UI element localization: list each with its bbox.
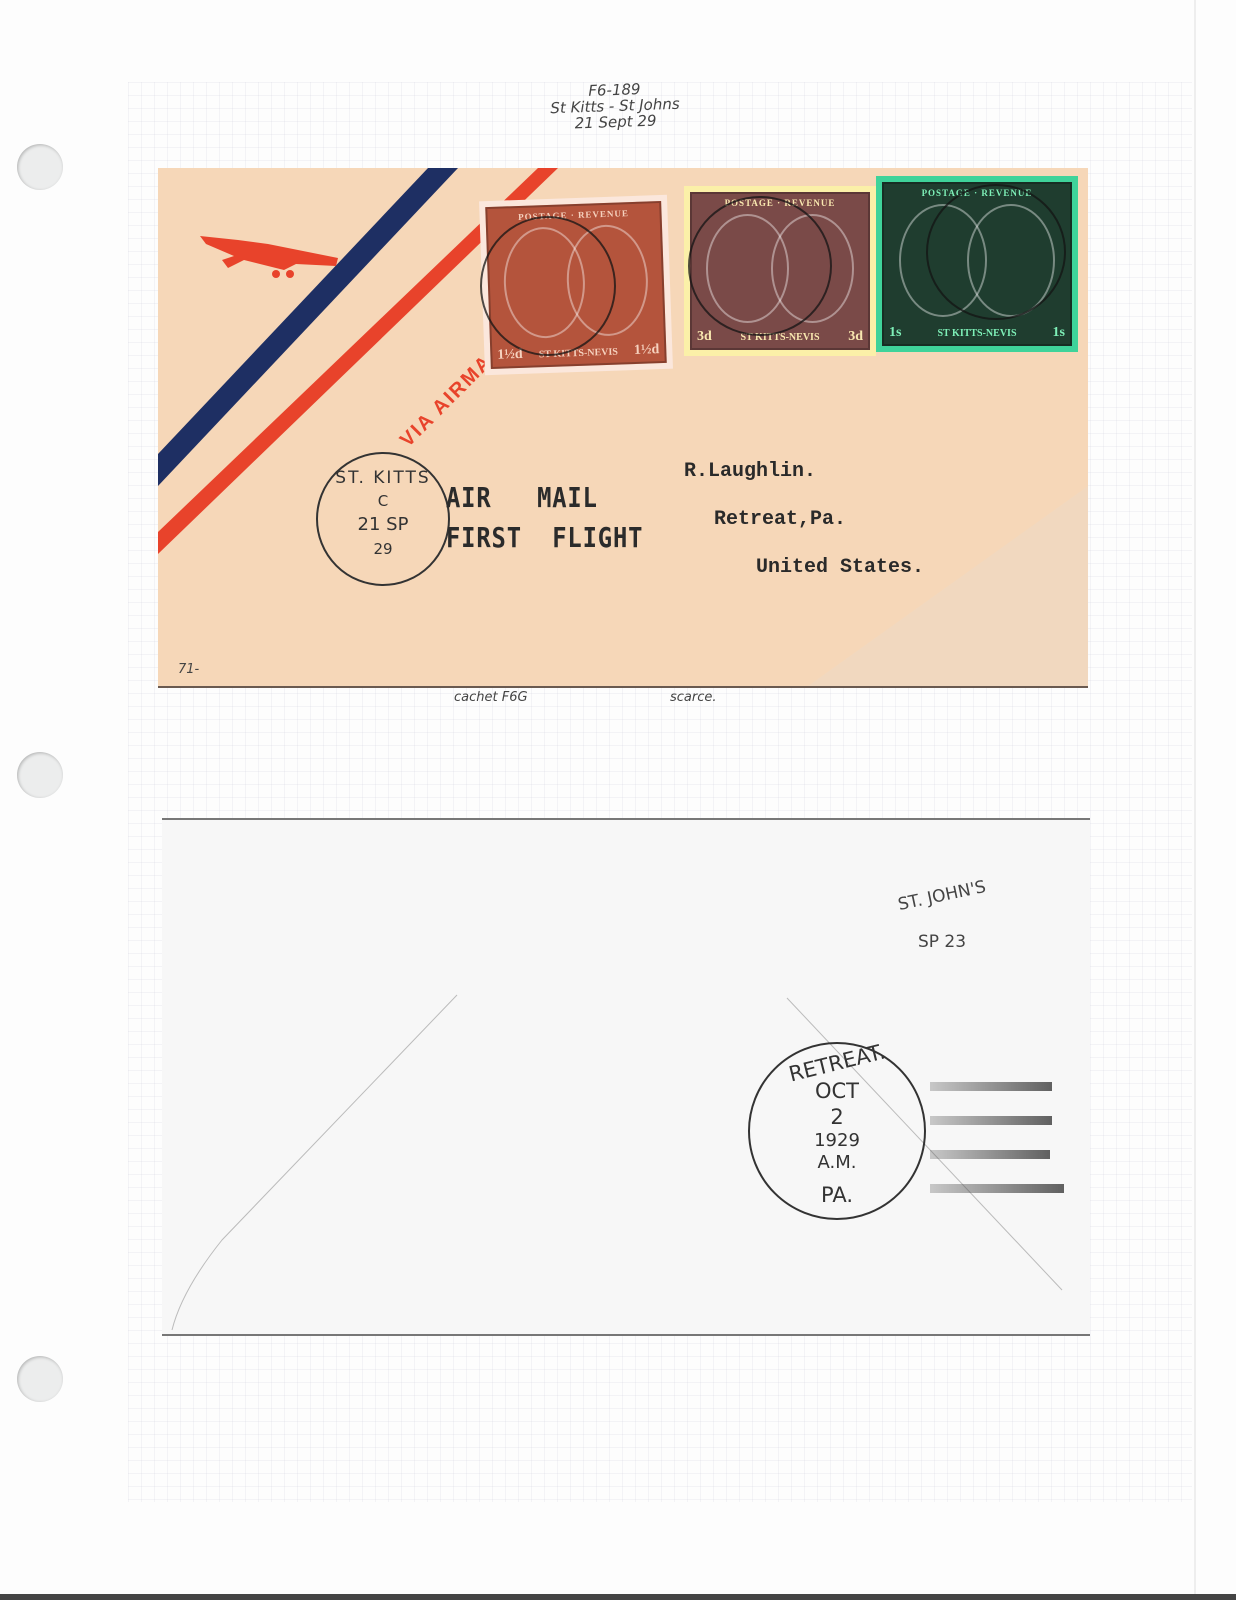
address-country: United States. — [684, 556, 924, 604]
postmark-state: PA. — [750, 1182, 924, 1208]
postmark-letter: C — [318, 492, 448, 510]
postmark-town: ST. JOHN'S — [871, 872, 1012, 921]
stamp-value: 1s — [1050, 325, 1068, 341]
address-name: R.Laughlin. — [684, 460, 924, 508]
stamp-value: 1s — [886, 325, 904, 341]
page-bottom-edge — [0, 1594, 1236, 1600]
address-city: Retreat,Pa. — [684, 508, 924, 556]
postmark-year: 29 — [318, 540, 448, 558]
stamp-value: 1½d — [631, 342, 663, 359]
scarcity-caption: scarce. — [670, 690, 717, 706]
stamp-country: ST KITTS-NEVIS — [912, 327, 1042, 340]
handwritten-header: F6-189 St Kitts - St Johns 21 Sept 29 — [499, 78, 731, 134]
binder-hole — [17, 1356, 63, 1402]
first-flight-handstamp: AIR MAIL FIRST FLIGHT — [446, 478, 643, 558]
postmark-day: 2 — [750, 1104, 924, 1130]
postmark-time: A.M. — [750, 1150, 924, 1176]
postmark-month: OCT — [750, 1078, 924, 1104]
stamp-cancel — [688, 196, 832, 336]
stamp-cancel — [480, 216, 616, 356]
st-johns-postmark: ST. JOHN'S SP 23 — [872, 874, 1012, 994]
envelope-back: ST. JOHN'S SP 23 RETREAT. OCT 2 1929 A.M… — [162, 818, 1090, 1336]
binder-hole — [17, 144, 63, 190]
page-edge — [1194, 0, 1196, 1600]
stamp-value: 3d — [845, 329, 866, 345]
margin-note: 71- — [178, 662, 199, 678]
stamp-cancel — [926, 184, 1066, 320]
envelope-front: VIA AIRMAIL POSTAGE · REVENUE 1½d ST KIT… — [158, 168, 1088, 688]
postmark-date: 21 SP — [318, 514, 448, 535]
handstamp-line-1: AIR MAIL — [446, 478, 643, 518]
retreat-postmark: RETREAT. OCT 2 1929 A.M. PA. — [748, 1042, 926, 1220]
binder-hole — [17, 752, 63, 798]
postmark-date: SP 23 — [872, 932, 1012, 952]
airplane-icon — [198, 230, 348, 280]
postmark-town: ST. KITTS — [318, 468, 448, 488]
cachet-caption: cachet F6G — [454, 690, 528, 706]
handstamp-line-2: FIRST FLIGHT — [446, 518, 643, 558]
stamp-value: 3d — [694, 329, 715, 345]
st-kitts-postmark: ST. KITTS C 21 SP 29 — [316, 452, 450, 586]
recipient-address: R.Laughlin. Retreat,Pa. United States. — [684, 460, 924, 604]
